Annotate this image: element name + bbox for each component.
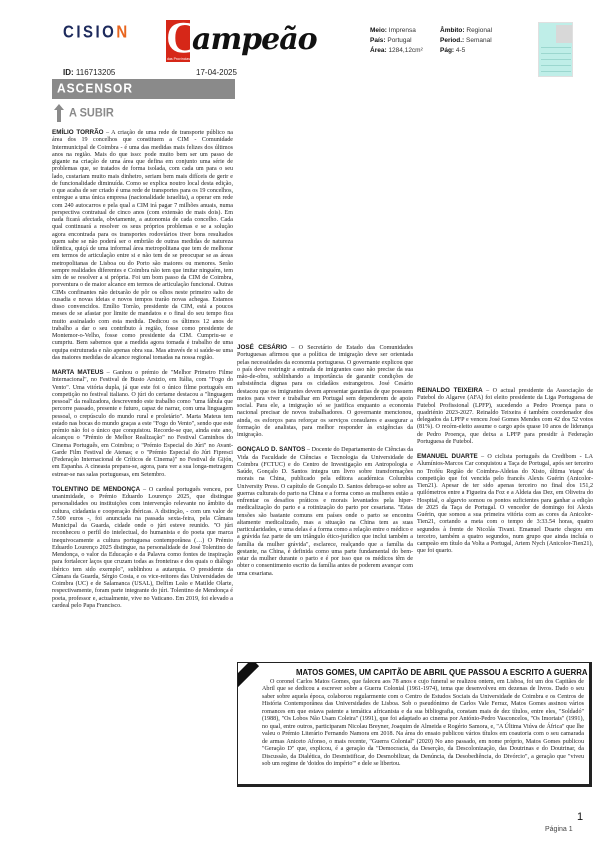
- article: REINALDO TEIXEIRA – O actual presidente …: [417, 387, 593, 446]
- column-2: JOSÉ CESÁRIO – O Secretário de Estado da…: [237, 344, 413, 659]
- article-name: REINALDO TEIXEIRA: [417, 387, 483, 394]
- column-3: Docente do Departamento de Ciências da V…: [417, 344, 593, 563]
- article: JOSÉ CESÁRIO – O Secretário de Estado da…: [237, 344, 413, 439]
- article: EMANUEL DUARTE – O ciclista português da…: [417, 453, 593, 556]
- page-thumbnail[interactable]: [538, 22, 573, 77]
- cision-logo: CISION: [63, 23, 130, 43]
- mourning-stripe-icon: [237, 662, 259, 701]
- meta-scope: Âmbito: Regional: [440, 26, 492, 36]
- publication-logo: C das Províncias ampeão: [166, 20, 326, 64]
- section-header: ASCENSOR: [52, 79, 235, 99]
- meta-column-2: Âmbito: Regional Period.: Semanal Pág: 4…: [440, 26, 492, 56]
- page-number: 1: [577, 811, 583, 823]
- obituary-title: MATOS GOMES, UM CAPITÃO DE ABRIL QUE PAS…: [296, 668, 592, 677]
- meta-column-1: Meio: Imprensa País: Portugal Área: 1284…: [370, 26, 423, 56]
- logo-wordmark: ampeão: [192, 22, 317, 57]
- meta-country: País: Portugal: [370, 36, 423, 46]
- article-name: MARTA MATEUS: [52, 369, 104, 376]
- clipping-date: 17-04-2025: [196, 68, 237, 77]
- meta-periodicity: Period.: Semanal: [440, 36, 492, 46]
- article-name: TOLENTINO DE MENDONÇA: [52, 486, 140, 493]
- meta-area: Área: 1284,12cm²: [370, 46, 423, 56]
- article-name: EMÍLIO TORRÃO: [52, 129, 104, 136]
- article: GONÇALO D. SANTOS – Docente do Departame…: [237, 446, 413, 652]
- article-name: JOSÉ CESÁRIO: [237, 344, 287, 351]
- article-name: EMANUEL DUARTE: [417, 453, 478, 460]
- article: MARTA MATEUS – Ganhou o prémio de "Melho…: [52, 369, 233, 479]
- logo-red-box: C das Províncias: [166, 20, 190, 62]
- article: EMÍLIO TORRÃO – A criação de uma rede de…: [52, 129, 233, 362]
- obituary-body: O coronel Carlos Matos Gomes, que falece…: [262, 679, 584, 768]
- article: Docente do Departamento de Ciências da V…: [417, 344, 593, 380]
- article: TOLENTINO DE MENDONÇA – O cardeal portug…: [52, 486, 233, 610]
- clipping-id: ID: 116713205: [63, 68, 115, 77]
- meta-page: Pág: 4-5: [440, 46, 492, 56]
- article-name: GONÇALO D. SANTOS: [237, 446, 305, 453]
- obituary-box: MATOS GOMES, UM CAPITÃO DE ABRIL QUE PAS…: [237, 662, 592, 787]
- up-arrow-icon: [54, 104, 64, 122]
- column-1: EMÍLIO TORRÃO – A criação de uma rede de…: [52, 129, 233, 617]
- page-label: Página 1: [545, 826, 573, 833]
- meta-medium: Meio: Imprensa: [370, 26, 423, 36]
